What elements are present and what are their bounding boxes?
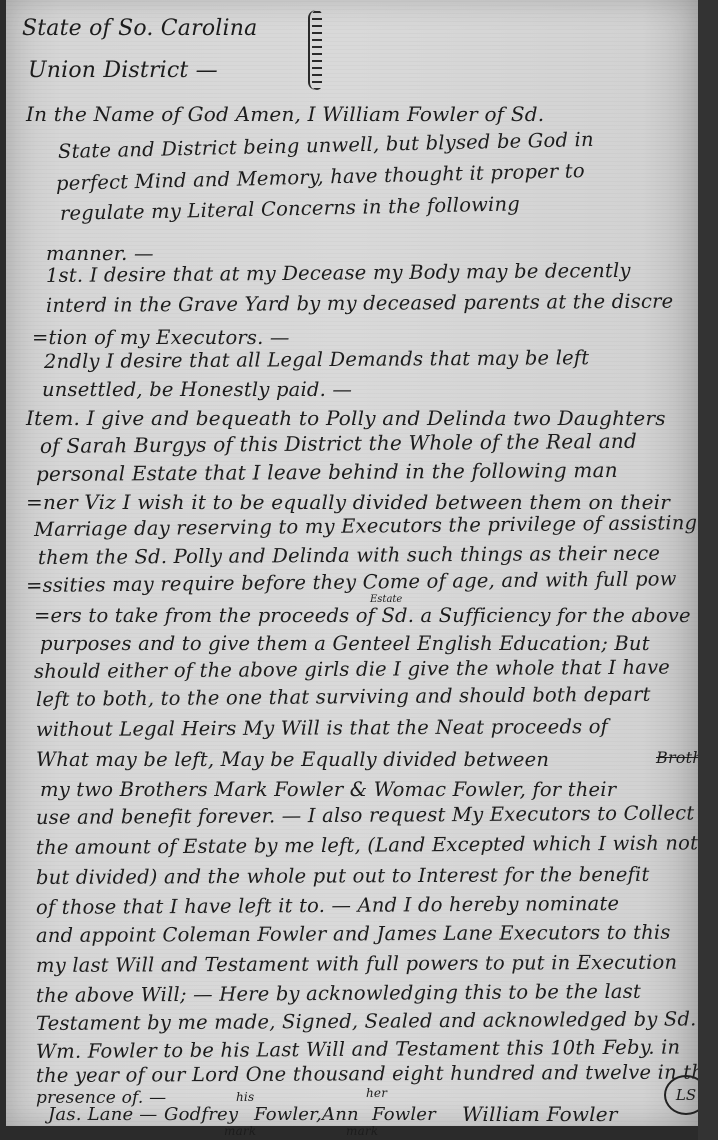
header-state: State of So. Carolina (22, 16, 257, 41)
witness-ann-last: Fowler (372, 1104, 436, 1125)
scan-border (698, 0, 718, 1140)
body-line-26: the amount of Estate by me left, (Land E… (36, 831, 718, 859)
body-line-17: =ssities may require before they Come of… (26, 567, 677, 597)
body-line-19: purposes and to give them a Genteel Engl… (40, 632, 650, 655)
witness-godfrey-his: his (236, 1090, 254, 1104)
body-line-34: the year of our Lord One thousand eight … (36, 1060, 716, 1087)
body-line-32: Testament by me made, Signed, Sealed and… (36, 1007, 697, 1035)
body-line-28: of those that I have left it to. — And I… (36, 892, 619, 919)
body-line-7: interd in the Grave Yard by my deceased … (46, 290, 674, 317)
witness-godfrey-last: Fowler, (254, 1104, 322, 1125)
body-line-3: perfect Mind and Memory, have thought it… (56, 159, 585, 195)
body-line-1: In the Name of God Amen, I William Fowle… (26, 102, 544, 126)
body-line-25: use and benefit forever. — I also reques… (36, 801, 695, 829)
witness-ann-her: her (366, 1086, 387, 1100)
witness-ann-mark: mark (346, 1124, 378, 1138)
body-line-18: =ers to take from the proceeds of Sd. a … (34, 604, 691, 627)
header-district: Union District — (28, 58, 218, 83)
body-line-4: regulate my Literal Concerns in the foll… (60, 192, 520, 225)
body-line-33: Wm. Fowler to be his Last Will and Testa… (36, 1036, 680, 1063)
body-line-27: but divided) and the whole put out to In… (36, 863, 650, 889)
body-line-20: should either of the above girls die I g… (34, 656, 670, 683)
manuscript-page: State of So. Carolina Union District — I… (6, 0, 698, 1126)
body-line-23: What may be left, May be Equally divided… (36, 748, 549, 771)
body-line-15: Marriage day reserving to my Executors t… (34, 511, 697, 541)
body-line-11: Item. I give and bequeath to Polly and D… (26, 406, 666, 430)
body-line-5: manner. — (46, 242, 154, 265)
body-line-24: my two Brothers Mark Fowler & Womac Fowl… (40, 778, 616, 801)
witness-godfrey-first: Godfrey (164, 1104, 238, 1125)
body-line-13: personal Estate that I leave behind in t… (36, 458, 618, 486)
body-line-22: without Legal Heirs My Will is that the … (36, 715, 608, 741)
body-line-12: of Sarah Burgys of this District the Who… (40, 429, 637, 458)
body-line-8: =tion of my Executors. — (32, 326, 290, 349)
testator-signature: William Fowler (462, 1102, 618, 1126)
body-line-9: 2ndly I desire that all Legal Demands th… (44, 346, 589, 373)
body-line-6: 1st. I desire that at my Decease my Body… (46, 259, 631, 287)
body-line-14: =ner Viz I wish it to be equally divided… (26, 490, 670, 514)
witness-godfrey-mark: mark (224, 1124, 256, 1138)
body-line-30: my last Will and Testament with full pow… (36, 951, 677, 977)
body-line-2: State and District being unwell, but bly… (58, 128, 594, 163)
witness-jas-lane: Jas. Lane — (48, 1104, 157, 1125)
body-line-16: them the Sd. Polly and Delinda with such… (38, 542, 660, 569)
body-line-21: left to both, to the one that surviving … (36, 683, 651, 711)
body-line-10: unsettled, be Honestly paid. — (42, 378, 352, 401)
body-line-31: the above Will; — Here by acknowledging … (36, 980, 641, 1007)
body-line-29: and appoint Coleman Fowler and James Lan… (36, 921, 671, 947)
witness-ann-first: Ann (322, 1104, 359, 1125)
flourish-ornament (308, 10, 328, 90)
